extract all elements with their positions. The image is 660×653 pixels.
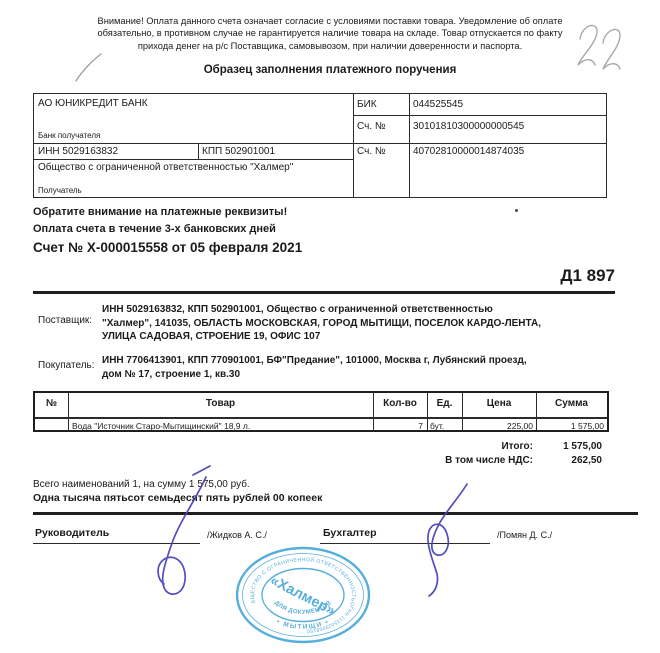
invoice-document-page: Внимание! Оплата данного счета означает …: [0, 0, 660, 653]
payee-name: Общество с ограниченной ответственностью…: [38, 162, 293, 174]
attention-line-2: Оплата счета в течение 3-х банковских дн…: [33, 223, 276, 236]
accountant-name: /Помян Д. С./: [497, 530, 552, 541]
payee-kpp: КПП 502901001: [202, 146, 275, 158]
settlement-account-label: Сч. №: [357, 146, 386, 158]
bank-name: АО ЮНИКРЕДИТ БАНК: [38, 98, 148, 110]
bank-name-caption: Банк получателя: [38, 131, 100, 140]
company-stamp: ОБЩЕСТВО С ОГРАНИЧЕННОЙ ОТВЕТСТВЕННОСТЬЮ…: [228, 545, 378, 650]
rule-top: [33, 291, 615, 294]
divider: [409, 94, 410, 197]
col-header-product: Товар: [68, 398, 373, 410]
sample-title: Образец заполнения платежного поручения: [0, 64, 660, 78]
supplier-value: ИНН 5029163832, КПП 502901001, Общество …: [102, 303, 541, 344]
director-signature-flick: [193, 466, 210, 475]
director-label: Руководитель: [35, 527, 109, 539]
attention-line-1: Обратите внимание на платежные реквизиты…: [33, 206, 287, 219]
bank-requisites-table: АО ЮНИКРЕДИТ БАНК Банк получателя БИК 04…: [33, 93, 607, 198]
director-signature: [158, 477, 206, 594]
payment-notice-text: Внимание! Оплата данного счета означает …: [0, 15, 660, 52]
col-header-sum: Сумма: [536, 398, 607, 410]
divider: [353, 115, 606, 116]
divider: [34, 159, 353, 160]
supplier-label: Поставщик:: [38, 315, 92, 327]
payee-caption: Получатель: [38, 186, 82, 195]
col-header-num: №: [35, 398, 68, 410]
bik-label: БИК: [357, 99, 377, 111]
header-divider: [35, 417, 607, 419]
col-header-qty: Кол-во: [373, 398, 427, 410]
divider: [198, 143, 199, 159]
ink-speck: [515, 209, 518, 212]
col-header-price: Цена: [462, 398, 536, 410]
accountant-signature: [428, 484, 467, 596]
row-unit: бут.: [430, 421, 444, 431]
payee-inn: ИНН 5029163832: [38, 146, 118, 158]
settlement-account-value: 40702810000014874035: [413, 146, 524, 158]
row-price: 225,00: [462, 421, 533, 431]
total-value: 1 575,00: [442, 441, 602, 453]
divider: [34, 143, 606, 144]
buyer-label: Покупатель:: [38, 360, 95, 372]
items-table: № Товар Кол-во Ед. Цена Сумма Вода "Исто…: [33, 391, 609, 432]
invoice-title: Счет № Х-000015558 от 05 февраля 2021: [33, 240, 302, 256]
divider: [353, 94, 354, 197]
row-product: Вода "Источник Старо-Мытищинский" 18,9 л…: [72, 421, 250, 431]
bik-value: 044525545: [413, 99, 463, 111]
buyer-value: ИНН 7706413901, КПП 770901001, БФ"Предан…: [102, 354, 527, 381]
doc-code: Д1 897: [33, 266, 615, 286]
stamp-city-text: • МЫТИЩИ •: [275, 618, 330, 630]
col-header-unit: Ед.: [427, 398, 462, 410]
corr-account-label: Сч. №: [357, 121, 386, 133]
row-sum: 1 575,00: [536, 421, 604, 431]
corr-account-value: 30101810300000000545: [413, 121, 524, 133]
row-qty: 7: [373, 421, 423, 431]
